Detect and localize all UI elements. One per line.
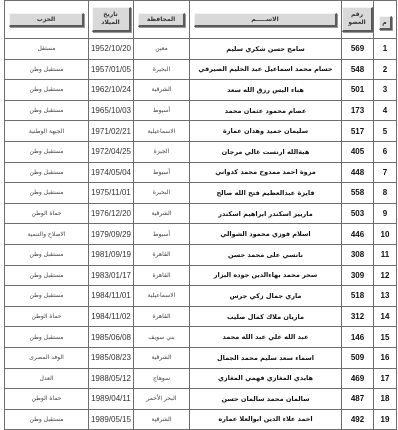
table-row: 10446اسلام فوزي محمود الشواليأسيوط1979/0… [5,224,397,245]
cell-member-number: 146 [342,327,374,348]
cell-party: حماة الوطن [5,306,89,327]
cell-member-number: 405 [342,141,374,162]
cell-party: العدل [5,368,89,389]
cell-governorate: الشرقية [134,347,190,368]
cell-birth-date: 1962/10/24 [89,80,134,101]
cell-name: احمد علاء الدين ابوالعلا عماره [190,409,342,430]
header-seq-label: م [379,16,392,30]
header-birth-date: تاريخ الميلاد [89,1,134,39]
cell-seq: 5 [374,121,397,142]
cell-governorate: القاهرة [134,306,190,327]
cell-party: مستقبل وطن [5,59,89,80]
cell-birth-date: 1972/04/25 [89,141,134,162]
cell-governorate: البحيرة [134,59,190,80]
cell-member-number: 517 [342,121,374,142]
cell-name: سليمان حميد وهدان عمارة [190,121,342,142]
cell-party: الجبهة الوطنية [5,121,89,142]
cell-member-number: 503 [342,203,374,224]
cell-party: مستقل [5,39,89,60]
cell-party: مستقبل وطن [5,327,89,348]
cell-party: الوفد المصرى [5,347,89,368]
cell-seq: 1 [374,39,397,60]
cell-governorate: البحيرة [134,183,190,204]
cell-seq: 15 [374,327,397,348]
cell-governorate: أسيوط [134,100,190,121]
cell-party: حماة الوطن [5,203,89,224]
table-body: 1569سامح حسن شكري سليممعين1952/10/20مستق… [5,39,397,430]
cell-party: مستقبل وطن [5,265,89,286]
cell-party: مستقبل وطن [5,286,89,307]
cell-party: مستقبل وطن [5,162,89,183]
cell-birth-date: 1984/11/02 [89,306,134,327]
cell-name: مارييز اسكندر ابراهيم اسكندر [190,203,342,224]
cell-seq: 2 [374,59,397,80]
cell-seq: 12 [374,265,397,286]
cell-seq: 17 [374,368,397,389]
cell-member-number: 548 [342,59,374,80]
cell-governorate: الجيزة [134,141,190,162]
cell-member-number: 518 [342,286,374,307]
table-row: 8558فايزة عبدالعظيم فتح الله صالحالبحيرة… [5,183,397,204]
cell-name: سالمان محمد سالمان حسن [190,389,342,410]
cell-member-number: 448 [342,162,374,183]
table-row: 7448مروة احمد ممدوح محمد كدوانيأسيوط1974… [5,162,397,183]
cell-birth-date: 1957/01/05 [89,59,134,80]
cell-member-number: 173 [342,100,374,121]
header-seq: م [374,1,397,39]
cell-seq: 14 [374,306,397,327]
cell-member-number: 308 [342,244,374,265]
cell-governorate: الاسماعيلية [134,121,190,142]
cell-party: مستقبل وطن [5,409,89,430]
cell-seq: 10 [374,224,397,245]
header-member-number-label: رقم العضو [342,7,373,32]
cell-party: حماة الوطن [5,389,89,410]
cell-governorate: أسيوط [134,162,190,183]
cell-member-number: 492 [342,409,374,430]
cell-name: اسماء سعد سليم محمد الجمال [190,347,342,368]
cell-governorate: الشرقية [134,409,190,430]
cell-seq: 16 [374,347,397,368]
cell-member-number: 487 [342,389,374,410]
cell-name: هايدي المغازي فهمي المغازي [190,368,342,389]
cell-party: مستقبل وطن [5,100,89,121]
cell-member-number: 312 [342,306,374,327]
cell-governorate: القاهرة [134,244,190,265]
cell-seq: 9 [374,203,397,224]
cell-name: نانسي على محمد حسن [190,244,342,265]
cell-birth-date: 1965/10/03 [89,100,134,121]
cell-birth-date: 1981/09/19 [89,244,134,265]
cell-governorate: الشرقية [134,80,190,101]
table-row: 11308نانسي على محمد حسنالقاهرة1981/09/19… [5,244,397,265]
table-row: 2548حسام محمد اسماعيل عبد الحليم الصيرفي… [5,59,397,80]
header-governorate-label: المحافظة [138,13,185,27]
cell-governorate: سوهاج [134,368,190,389]
header-name: الاســـــم [190,1,342,39]
table-row: 17469هايدي المغازي فهمي المغازيسوهاج1988… [5,368,397,389]
cell-birth-date: 1984/11/01 [89,286,134,307]
cell-governorate: بني سويف [134,327,190,348]
cell-governorate: البحر الأحمر [134,389,190,410]
cell-name: حسام محمد اسماعيل عبد الحليم الصيرفي [190,59,342,80]
cell-birth-date: 1975/11/01 [89,183,134,204]
table-row: 13518ماري جمال زكي جرسالاسماعيلية1984/11… [5,286,397,307]
cell-name: ماريان ملاك كمال صليب [190,306,342,327]
cell-birth-date: 1971/02/21 [89,121,134,142]
table-row: 14312ماريان ملاك كمال صليبالقاهرة1984/11… [5,306,397,327]
cell-birth-date: 1989/05/15 [89,409,134,430]
table-row: 12309سحر محمد بهاءالدين جوده البزارالقاه… [5,265,397,286]
cell-member-number: 501 [342,80,374,101]
header-party: الحزب [5,1,89,39]
cell-seq: 4 [374,100,397,121]
table-row: 1569سامح حسن شكري سليممعين1952/10/20مستق… [5,39,397,60]
cell-seq: 19 [374,409,397,430]
cell-name: هبةالله ارنست غالي مرجان [190,141,342,162]
cell-party: مستقبل وطن [5,80,89,101]
cell-seq: 7 [374,162,397,183]
cell-member-number: 569 [342,39,374,60]
table-row: 9503مارييز اسكندر ابراهيم اسكندرالشرقية1… [5,203,397,224]
table-row: 18487سالمان محمد سالمان حسنالبحر الأحمر1… [5,389,397,410]
members-table: م رقم العضو الاســـــم المحافظة تاريخ ال… [4,0,397,430]
table-row: 16509اسماء سعد سليم محمد الجمالالشرقية19… [5,347,397,368]
cell-name: سامح حسن شكري سليم [190,39,342,60]
cell-party: الاصلاح والتنمية [5,224,89,245]
cell-seq: 13 [374,286,397,307]
cell-governorate: الاسماعيلية [134,286,190,307]
header-birth-date-label: تاريخ الميلاد [92,7,131,32]
cell-name: عبد الله علي عبد الله محمد [190,327,342,348]
cell-governorate: أسيوط [134,224,190,245]
cell-member-number: 309 [342,265,374,286]
table-row: 3501هناء اليس رزق الله سعدالشرقية1962/10… [5,80,397,101]
cell-birth-date: 1985/06/08 [89,327,134,348]
cell-party: مستقبل وطن [5,183,89,204]
table-row: 19492احمد علاء الدين ابوالعلا عمارهالشرق… [5,409,397,430]
table-header-row: م رقم العضو الاســـــم المحافظة تاريخ ال… [5,1,397,39]
cell-birth-date: 1988/05/12 [89,368,134,389]
cell-seq: 3 [374,80,397,101]
table-row: 6405هبةالله ارنست غالي مرجانالجيزة1972/0… [5,141,397,162]
header-name-label: الاســـــم [194,13,337,27]
cell-governorate: القاهرة [134,265,190,286]
cell-member-number: 469 [342,368,374,389]
cell-name: سحر محمد بهاءالدين جوده البزار [190,265,342,286]
cell-name: عصام محمود عثمان محمد [190,100,342,121]
cell-name: هناء اليس رزق الله سعد [190,80,342,101]
cell-seq: 11 [374,244,397,265]
cell-birth-date: 1952/10/20 [89,39,134,60]
cell-birth-date: 1983/01/17 [89,265,134,286]
cell-birth-date: 1974/05/04 [89,162,134,183]
table-row: 15146عبد الله علي عبد الله محمدبني سويف1… [5,327,397,348]
cell-name: مروة احمد ممدوح محمد كدواني [190,162,342,183]
cell-governorate: معين [134,39,190,60]
table-row: 4173عصام محمود عثمان محمدأسيوط1965/10/03… [5,100,397,121]
cell-birth-date: 1979/09/29 [89,224,134,245]
cell-member-number: 509 [342,347,374,368]
table-row: 5517سليمان حميد وهدان عمارةالاسماعيلية19… [5,121,397,142]
cell-seq: 6 [374,141,397,162]
cell-seq: 8 [374,183,397,204]
cell-member-number: 558 [342,183,374,204]
cell-name: ماري جمال زكي جرس [190,286,342,307]
cell-birth-date: 1985/08/23 [89,347,134,368]
header-party-label: الحزب [9,13,84,27]
cell-governorate: الشرقية [134,203,190,224]
cell-birth-date: 1989/04/11 [89,389,134,410]
cell-party: مستقبل وطن [5,141,89,162]
cell-seq: 18 [374,389,397,410]
cell-name: فايزة عبدالعظيم فتح الله صالح [190,183,342,204]
header-member-number: رقم العضو [342,1,374,39]
header-governorate: المحافظة [134,1,190,39]
cell-member-number: 446 [342,224,374,245]
cell-birth-date: 1976/12/20 [89,203,134,224]
cell-party: مستقبل وطن [5,244,89,265]
cell-name: اسلام فوزي محمود الشوالي [190,224,342,245]
